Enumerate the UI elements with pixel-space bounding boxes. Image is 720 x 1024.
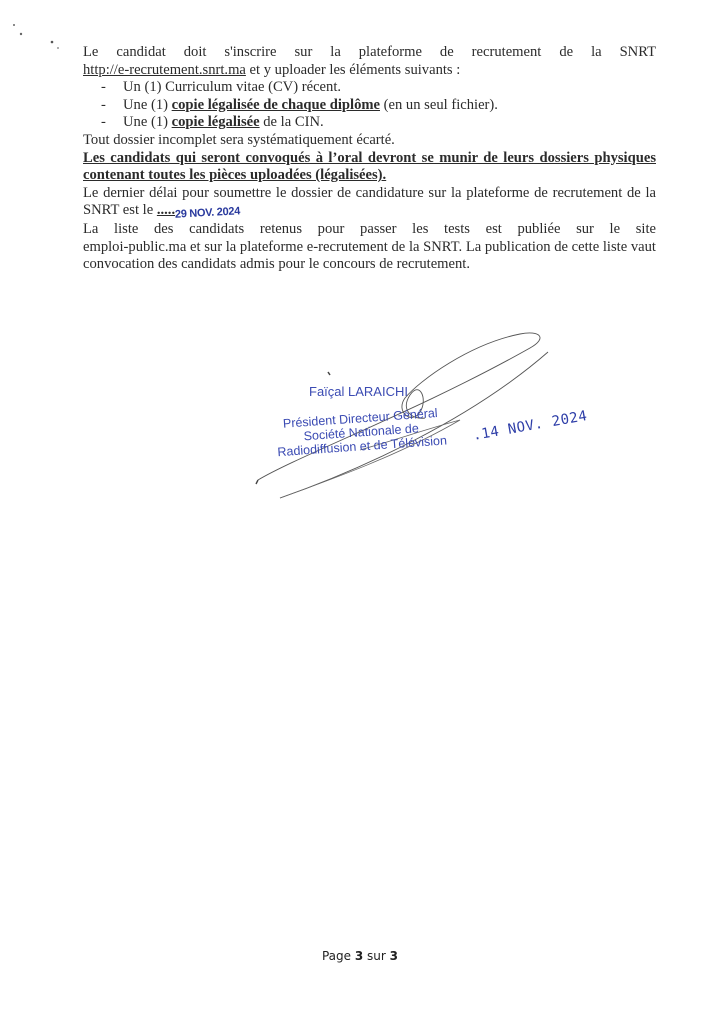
page-total: 3 <box>390 949 398 963</box>
page-current: 3 <box>355 949 363 963</box>
handwritten-signature <box>0 0 720 1024</box>
signatory-name: Faïçal LARAICHI <box>309 384 408 399</box>
document-page: Le candidat doit s'inscrire sur la plate… <box>0 0 720 1024</box>
page-label: Page <box>322 949 351 963</box>
page-separator: sur <box>367 949 386 963</box>
page-footer: Page 3 sur 3 <box>0 949 720 963</box>
